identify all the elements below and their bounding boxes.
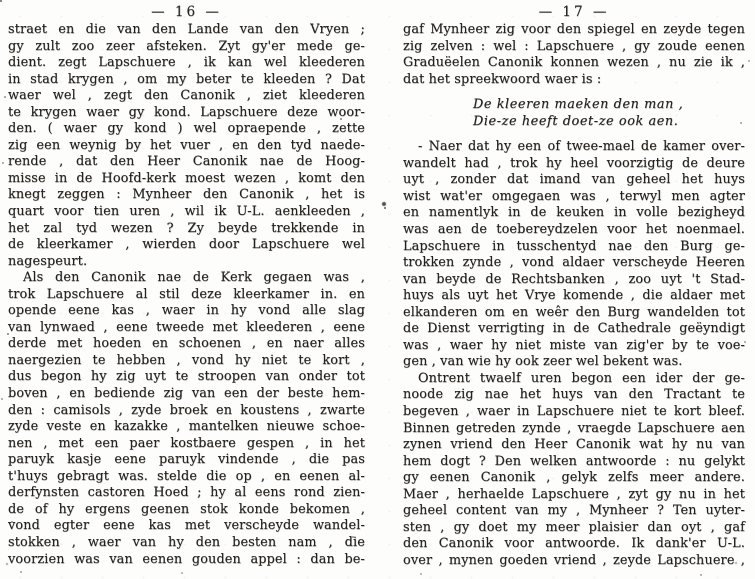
text-line: stokken , waer van hy den besten nam , d… [8, 535, 365, 552]
verse-line: De kleeren maeken den man , [403, 97, 745, 114]
text-line: straet en die van den Lande van den Vrye… [8, 22, 365, 39]
text-line: rende , dat den Heer Canonik nae de Hoog… [8, 154, 365, 171]
text-line: en namentlyk in de keuken in volle bezig… [403, 205, 745, 222]
text-line: paruyk kasje eene paruyk vindende , die … [8, 452, 365, 469]
text-line: begeven , waer in Lapschuere niet te kor… [403, 404, 745, 421]
text-line: knegt zeggen : Mynheer den Canonik , het… [8, 187, 365, 204]
text-line: Binnen getreden zynde , vraegde Lapschue… [403, 421, 745, 438]
text-line: noode zig nae het huys van den Tractant … [403, 387, 745, 404]
text-line: zynen vriend den Heer Canonik wat hy nu … [403, 437, 745, 454]
text-line: sten , gy doet my meer plaisier dan oyt … [403, 520, 745, 537]
text-line: was aen de toebereydzelen voor het noenm… [403, 222, 745, 239]
verse-line: Die-ze heeft doet-ze ook aen. [403, 114, 745, 131]
page-16-text-column: straet en die van den Lande van den Vrye… [8, 22, 365, 568]
line-spacer [403, 130, 745, 139]
page-17-text-column: gaf Mynheer zig voor den spiegel en zeyd… [403, 22, 745, 570]
text-line: elkanderen om en weêr den Burg wandelden… [403, 305, 745, 322]
text-line: dient. zegt Lapschuere , ik kan wel klee… [8, 55, 365, 72]
page-17-number: — 17 — [403, 3, 745, 22]
text-line: uyt , zonder dat imand van geheel het hu… [403, 172, 745, 189]
text-line: derde met hoeden en schoenen , en naer a… [8, 336, 365, 353]
text-line: nen , met een paer kostbaere gespen , in… [8, 436, 365, 453]
text-line: de Dienst verrigting in de Cathedrale ge… [403, 321, 745, 338]
text-line: in stad krygen , om my beter te kleeden … [8, 72, 365, 89]
text-line: voorzien was van eenen gouden appel : da… [8, 552, 365, 569]
page-17: — 17 — gaf Mynheer zig voor den spiegel … [377, 0, 755, 579]
page-16: — 16 — straet en die van den Lande van d… [0, 0, 377, 579]
text-line: misse in de Hoofd-kerk moest wezen , kom… [8, 171, 365, 188]
text-line: Graduëelen Canonik konnen wezen , nu zie… [403, 55, 745, 72]
text-line: Ontrent twaelf uren begon een ider der g… [403, 371, 745, 388]
text-line: zig een weynig by het vuer , en den tyd … [8, 138, 365, 155]
text-line: van beyde de Rechtsbanken , zoo uyt 't S… [403, 272, 745, 289]
text-line: - Naer dat hy een of twee-mael de kamer … [403, 139, 745, 156]
text-line: geheel content van my , Mynheer ? Ten uy… [403, 503, 745, 520]
text-line: den. ( waer gy kond ) wel opraepende , z… [8, 121, 365, 138]
text-line: trok Lapschuere al stil deze kleerkamer … [8, 287, 365, 304]
text-line: de of hy ergens geenen stok konde bekome… [8, 502, 365, 519]
text-line: boven , en bediende zig van een der best… [8, 386, 365, 403]
line-spacer [403, 88, 745, 97]
text-line: trokken zynde , vond aldaer verscheyde H… [403, 255, 745, 272]
book-scan: — 16 — straet en die van den Lande van d… [0, 0, 755, 579]
text-line: gaf Mynheer zig voor den spiegel en zeyd… [403, 22, 745, 39]
text-line: quart voor tien uren , wil ik U-L. aenkl… [8, 204, 365, 221]
text-line: den Canonik voor antwoorde. Ik dank'er U… [403, 536, 745, 553]
text-line: de kleerkamer , wierden door Lapschuere … [8, 237, 365, 254]
text-line: naergezien te hebben , vond hy niet te k… [8, 353, 365, 370]
text-line: over , mynen goeden vriend , zeyde Lapsc… [403, 553, 745, 570]
text-line: van lynwaed , eene tweede met kleederen … [8, 320, 365, 337]
text-line: Als den Canonik nae de Kerk gegaen was , [8, 270, 365, 287]
text-line: zyde veste en kazakke , mantelken nieuwe… [8, 419, 365, 436]
text-line: dat het spreekwoord waer is : [403, 72, 745, 89]
text-line: den : camisols , zyde broek en koustens … [8, 403, 365, 420]
text-line: het zal tyd wezen ? Zy beyde trekkende i… [8, 221, 365, 238]
text-line: was , waer hy niet miste van zig'er by t… [403, 338, 745, 355]
text-line: t'huys gebragt was. stelde die op , en e… [8, 469, 365, 486]
page-16-number: — 16 — [8, 3, 365, 22]
text-line: hem dogt ? Den welken antwoorde : nu gel… [403, 454, 745, 471]
text-line: huys als uyt het Vrye komende , die alda… [403, 288, 745, 305]
text-line: derfynsten castoren Hoed ; hy al eens ro… [8, 485, 365, 502]
text-line: gy eenen Canonik , gelyk zelfs meer ande… [403, 470, 745, 487]
text-line: dus begon hy zig uyt te stroopen van ond… [8, 369, 365, 386]
text-line: te krygen waer gy kond. Lapschuere deze … [8, 105, 365, 122]
text-line: zig zelven : wel : Lapschuere , gy zoude… [403, 39, 745, 56]
text-line: vond egter eene kas met verscheyde wande… [8, 518, 365, 535]
text-line: Lapschuere in tusschentyd nae den Burg g… [403, 239, 745, 256]
text-line: gy zult zoo zeer afsteken. Zyt gy'er med… [8, 39, 365, 56]
text-line: nagespeurt. [8, 254, 365, 271]
text-line: opende eene kas , waer in hy vond alle s… [8, 303, 365, 320]
text-line: wandelt had , trok hy heel voorzigtig de… [403, 156, 745, 173]
text-line: gen , van wie hy ook zeer wel bekent was… [403, 354, 745, 371]
text-line: wist wat'er omgegaen was , terwyl men ag… [403, 189, 745, 206]
text-line: Maer , herhaelde Lapschuere , zyt gy nu … [403, 487, 745, 504]
text-line: waer wel , zegt den Canonik , ziet kleed… [8, 88, 365, 105]
